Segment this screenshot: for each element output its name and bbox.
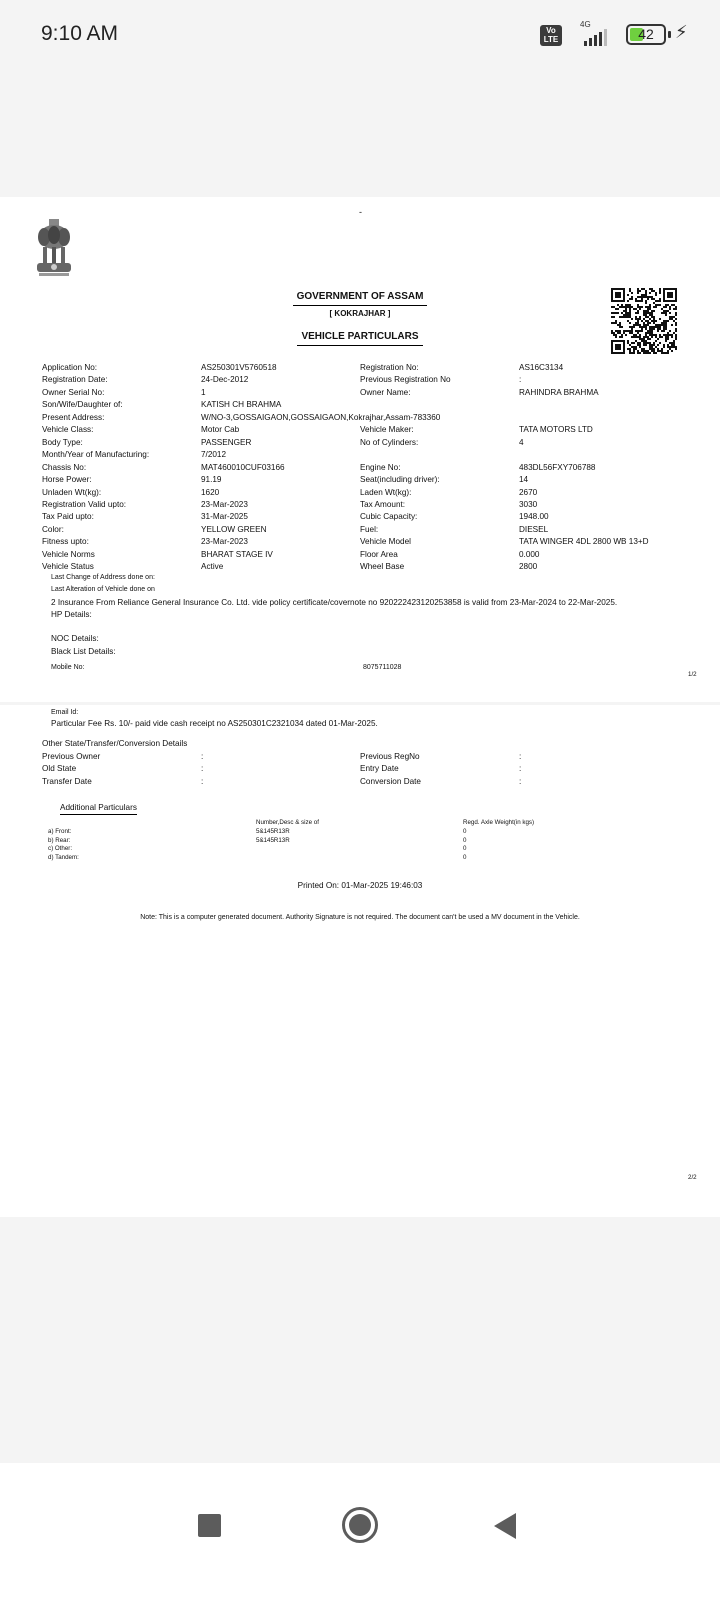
field-label: Month/Year of Manufacturing: [42, 450, 149, 459]
transfer-value: : [201, 752, 203, 761]
transfer-value: : [201, 764, 203, 773]
field-value: 91.19 [201, 475, 222, 484]
noc-details: NOC Details: [51, 634, 99, 643]
field-label: Registration Date: [42, 375, 108, 384]
charging-bolt-icon: ⚡︎ [675, 22, 688, 43]
field-label: Application No: [42, 363, 97, 372]
blacklist-details: Black List Details: [51, 647, 116, 656]
last-alteration: Last Alteration of Vehicle done on [51, 586, 155, 593]
transfer-label: Transfer Date [42, 777, 92, 786]
field-value: 4 [519, 438, 524, 447]
status-bar: 9:10 AM VoLTE 4G 42 ⚡︎ [0, 0, 720, 70]
divider [297, 345, 423, 346]
field-value: AS16C3134 [519, 363, 563, 372]
field-value: 2800 [519, 562, 537, 571]
axle-weight: 0 [463, 828, 466, 835]
field-label: Wheel Base [360, 562, 404, 571]
field-label: Laden Wt(kg): [360, 488, 411, 497]
field-value: TATA MOTORS LTD [519, 425, 593, 434]
field-label: Vehicle Status [42, 562, 94, 571]
field-value: 483DL56FXY706788 [519, 463, 595, 472]
field-label: Tax Paid upto: [42, 512, 94, 521]
field-label: Unladen Wt(kg): [42, 488, 101, 497]
field-value: 1620 [201, 488, 219, 497]
transfer-value: : [519, 752, 521, 761]
field-label: Vehicle Model [360, 537, 411, 546]
field-label: Vehicle Norms [42, 550, 95, 559]
axle-weight: 0 [463, 845, 466, 852]
top-mark: - [359, 207, 362, 217]
insurance-details: 2 Insurance From Reliance General Insura… [51, 598, 617, 607]
field-label: Present Address: [42, 413, 104, 422]
axle-label: a) Front: [48, 828, 71, 835]
field-label: Cubic Capacity: [360, 512, 417, 521]
field-value: 3030 [519, 500, 537, 509]
navigation-bar [0, 1463, 720, 1600]
email-label: Email Id: [51, 709, 78, 716]
transfer-heading: Other State/Transfer/Conversion Details [42, 739, 187, 748]
axle-label: d) Tandem: [48, 854, 79, 861]
field-value: AS250301V5760518 [201, 363, 277, 372]
field-value: 23-Mar-2023 [201, 537, 248, 546]
field-value: DIESEL [519, 525, 548, 534]
field-label: Fuel: [360, 525, 378, 534]
last-change-address: Last Change of Address done on: [51, 574, 155, 581]
additional-heading: Additional Particulars [60, 803, 137, 815]
axle-weight: 0 [463, 837, 466, 844]
transfer-label: Conversion Date [360, 777, 421, 786]
field-value: PASSENGER [201, 438, 251, 447]
field-label: No of Cylinders: [360, 438, 418, 447]
field-label: Engine No: [360, 463, 401, 472]
page-number: 2/2 [688, 1174, 697, 1181]
field-value: YELLOW GREEN [201, 525, 267, 534]
field-value: 14 [519, 475, 528, 484]
field-value: 1 [201, 388, 206, 397]
field-value: 24-Dec-2012 [201, 375, 248, 384]
tyre-spec: 5&145R13R [256, 837, 290, 844]
hp-details: HP Details: [51, 610, 92, 619]
field-value: Motor Cab [201, 425, 239, 434]
qr-code-icon [611, 288, 677, 354]
column-axle-weight: Regd. Axle Weight(in kgs) [463, 819, 534, 826]
field-value: 2670 [519, 488, 537, 497]
field-value: BHARAT STAGE IV [201, 550, 273, 559]
divider [293, 305, 427, 306]
field-value: W/NO-3,GOSSAIGAON,GOSSAIGAON,Kokrajhar,A… [201, 413, 440, 422]
disclaimer-note: Note: This is a computer generated docum… [0, 914, 720, 921]
field-value: 7/2012 [201, 450, 226, 459]
transfer-label: Previous RegNo [360, 752, 420, 761]
transfer-value: : [201, 777, 203, 786]
field-label: Registration Valid upto: [42, 500, 126, 509]
field-value: KATISH CH BRAHMA [201, 400, 281, 409]
tyre-spec: 5&145R13R [256, 828, 290, 835]
field-label: Owner Name: [360, 388, 411, 397]
signal-icon: 4G [576, 20, 610, 46]
battery-level: 42 [628, 26, 664, 43]
home-icon [349, 1514, 371, 1536]
home-button[interactable] [342, 1507, 378, 1543]
transfer-value: : [519, 777, 521, 786]
transfer-value: : [519, 764, 521, 773]
document-page-1: - GOVERNMENT OF ASSAM [ KOKRAJHAR ] VEHI… [0, 197, 720, 702]
column-tyre: Number,Desc & size of [256, 819, 319, 826]
volte-icon: VoLTE [540, 25, 562, 46]
field-label: Tax Amount: [360, 500, 405, 509]
field-value: 23-Mar-2023 [201, 500, 248, 509]
field-label: Color: [42, 525, 64, 534]
field-label: Body Type: [42, 438, 83, 447]
state-emblem-icon [34, 217, 74, 279]
field-value: TATA WINGER 4DL 2800 WB 13+D [519, 537, 649, 546]
field-label: Chassis No: [42, 463, 86, 472]
field-value: MAT460010CUF03166 [201, 463, 285, 472]
field-value: 1948.00 [519, 512, 549, 521]
field-label: Fitness upto: [42, 537, 89, 546]
field-value: 31-Mar-2025 [201, 512, 248, 521]
field-value: 0.000 [519, 550, 540, 559]
network-type: 4G [580, 20, 591, 29]
field-label: Registration No: [360, 363, 419, 372]
transfer-label: Previous Owner [42, 752, 100, 761]
fee-receipt: Particular Fee Rs. 10/- paid vide cash r… [51, 719, 378, 728]
printed-on: Printed On: 01-Mar-2025 19:46:03 [0, 881, 720, 890]
transfer-label: Old State [42, 764, 76, 773]
back-button[interactable] [494, 1513, 516, 1539]
axle-weight: 0 [463, 854, 466, 861]
mobile-value: 8075711028 [363, 664, 401, 671]
axle-label: c) Other: [48, 845, 72, 852]
clock: 9:10 AM [41, 22, 118, 46]
transfer-label: Entry Date [360, 764, 399, 773]
field-label: Owner Serial No: [42, 388, 104, 397]
mobile-label: Mobile No: [51, 664, 84, 671]
battery-icon: 42 [626, 24, 666, 45]
document-page-2: Email Id: Particular Fee Rs. 10/- paid v… [0, 705, 720, 1217]
page-number: 1/2 [688, 671, 697, 678]
field-label: Vehicle Class: [42, 425, 93, 434]
field-label: Son/Wife/Daughter of: [42, 400, 123, 409]
field-label: Previous Registration No [360, 375, 451, 384]
field-label: Vehicle Maker: [360, 425, 414, 434]
field-value: Active [201, 562, 223, 571]
field-value: : [519, 375, 521, 384]
field-label: Seat(including driver): [360, 475, 440, 484]
axle-label: b) Rear: [48, 837, 70, 844]
battery-cap [668, 31, 671, 38]
field-label: Horse Power: [42, 475, 92, 484]
field-value: RAHINDRA BRAHMA [519, 388, 599, 397]
field-label: Floor Area [360, 550, 398, 559]
recent-apps-button[interactable] [198, 1514, 221, 1537]
